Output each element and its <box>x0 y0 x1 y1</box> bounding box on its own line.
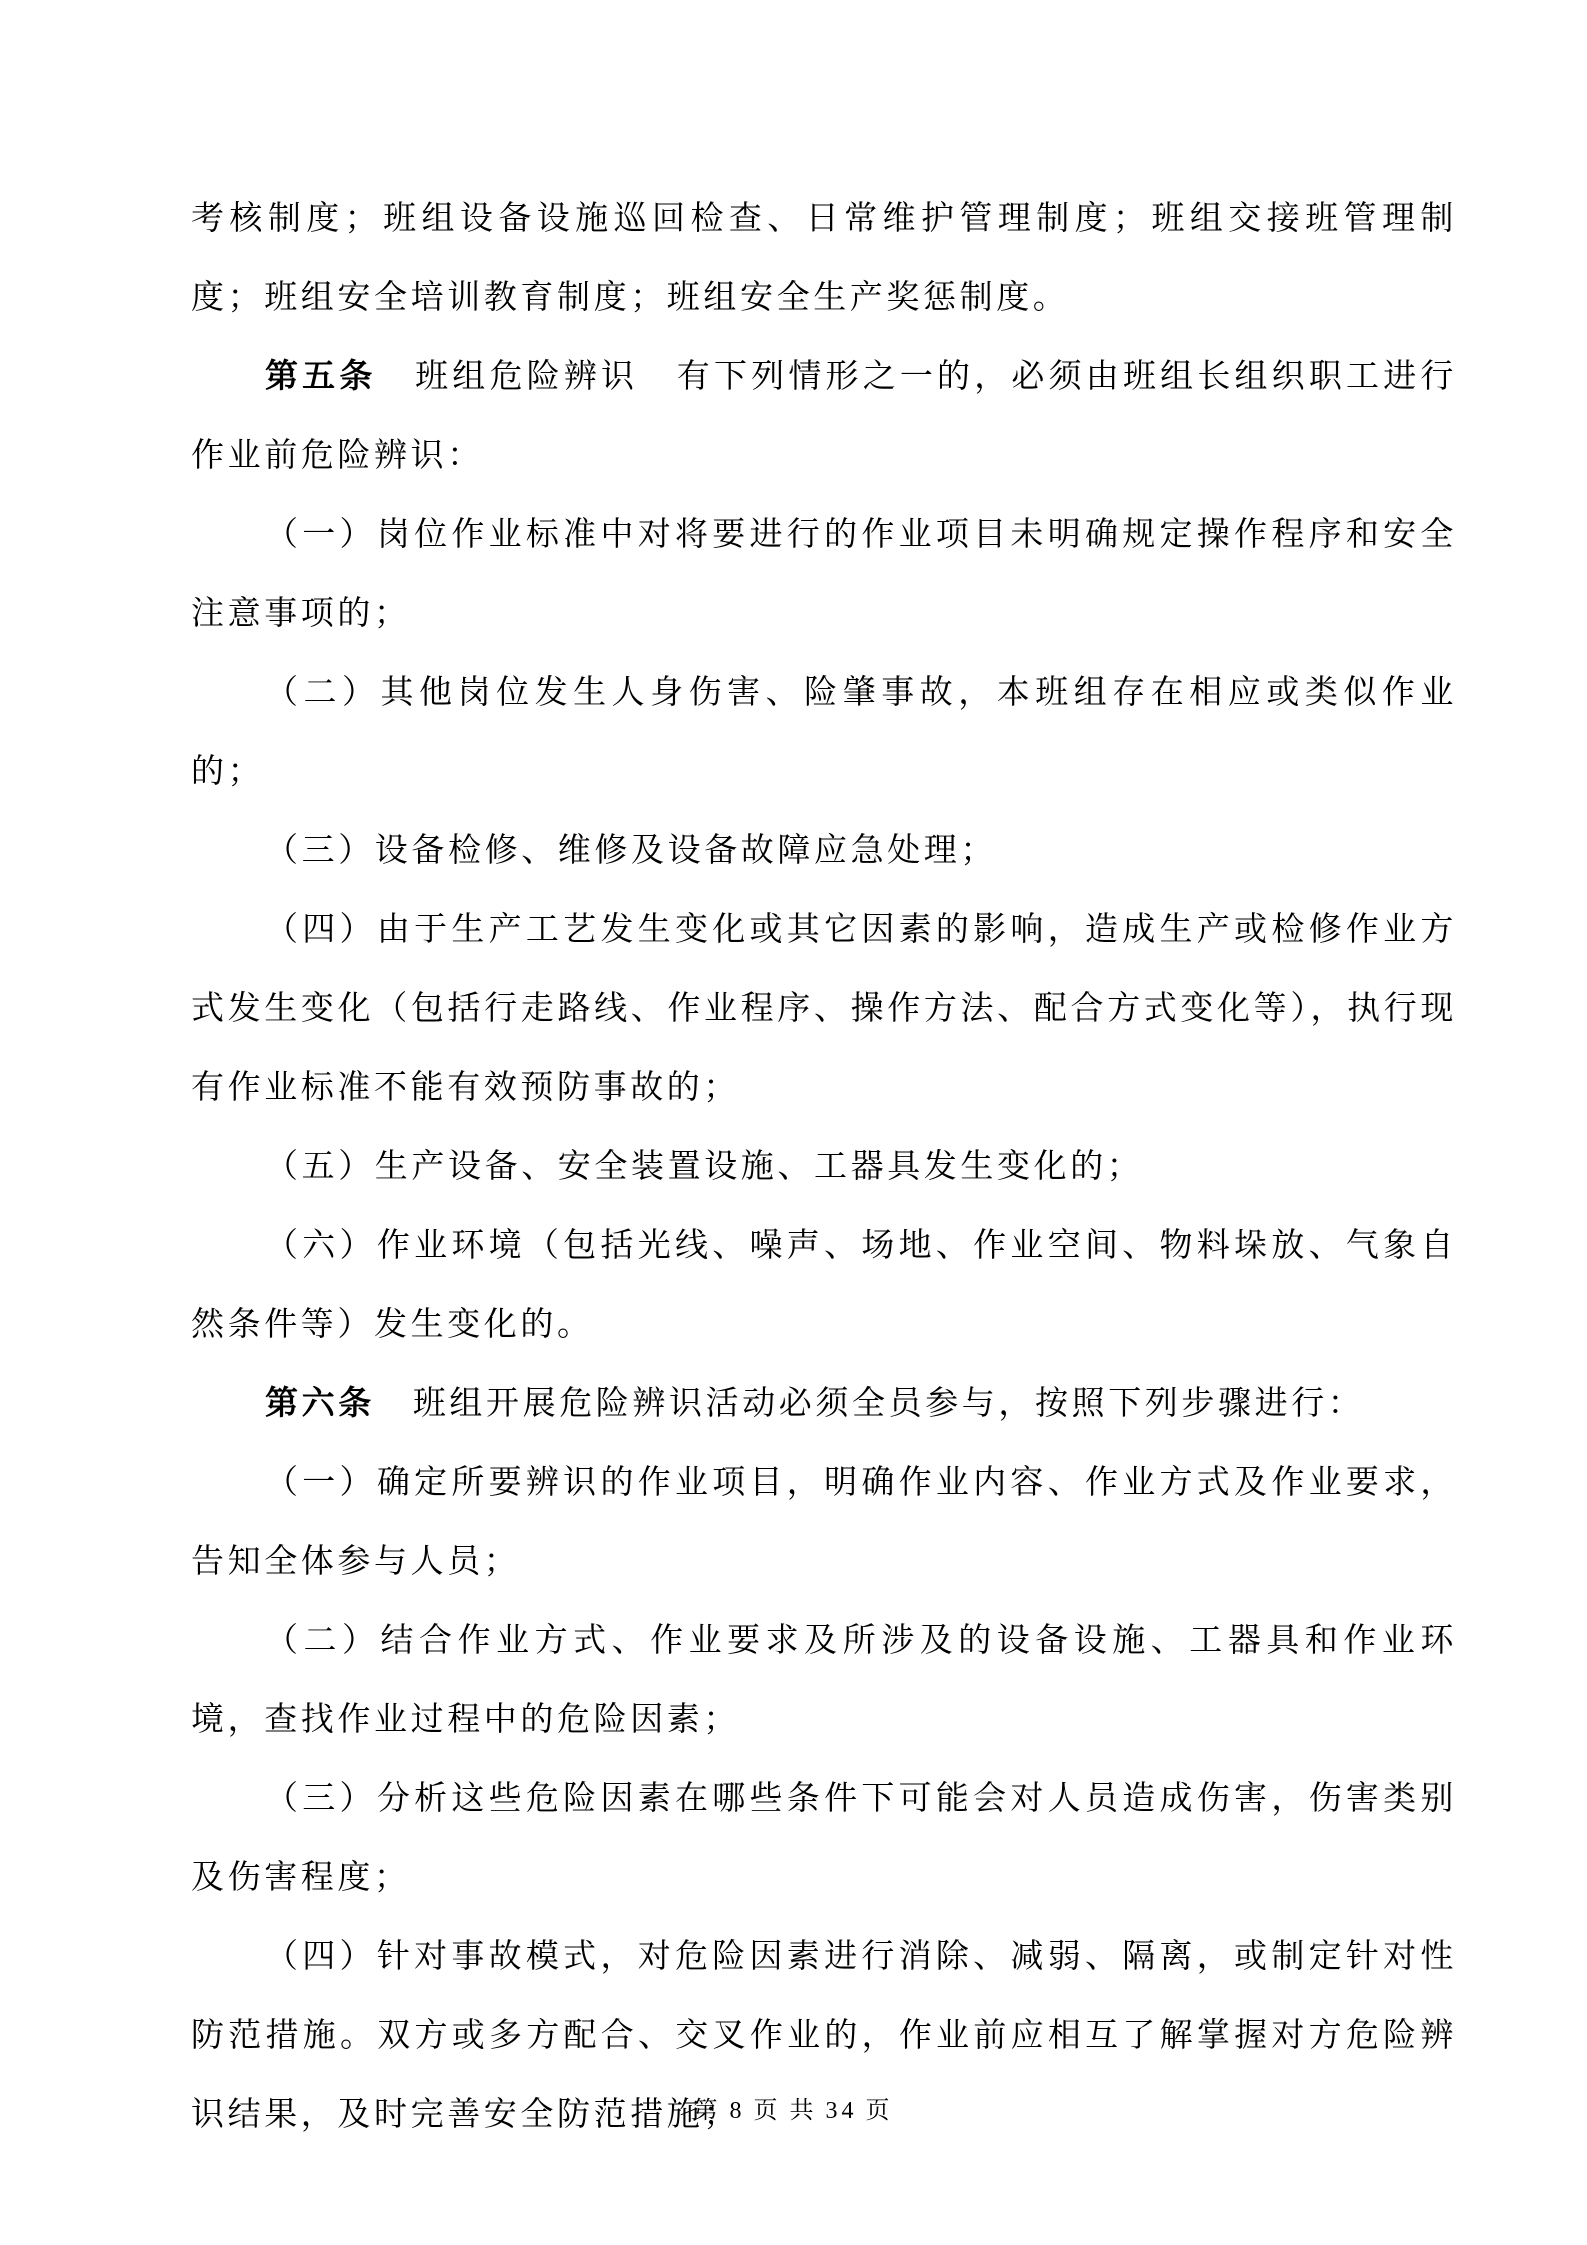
list-item: （五）生产设备、安全装置设施、工器具发生变化的； <box>191 1126 1457 1205</box>
current-page-number: 8 <box>730 2098 746 2124</box>
article-5: 第五条班组危险辨识有下列情形之一的，必须由班组长组织职工进行作业前危险辨识： <box>191 336 1457 494</box>
footer-prefix: 第 <box>694 2098 722 2124</box>
list-item: （六）作业环境（包括光线、噪声、场地、作业空间、物料垛放、气象自然条件等）发生变… <box>191 1205 1457 1363</box>
article-number: 第五条 <box>265 356 377 395</box>
list-item: （一）确定所要辨识的作业项目，明确作业内容、作业方式及作业要求，告知全体参与人员… <box>191 1442 1457 1600</box>
list-item: （二）结合作业方式、作业要求及所涉及的设备设施、工器具和作业环境，查找作业过程中… <box>191 1600 1457 1758</box>
list-item: （三）设备检修、维修及设备故障应急处理； <box>191 810 1457 889</box>
list-item: （一）岗位作业标准中对将要进行的作业项目未明确规定操作程序和安全注意事项的； <box>191 494 1457 652</box>
article-text: 班组开展危险辨识活动必须全员参与，按照下列步骤进行： <box>413 1383 1365 1422</box>
list-item: （三）分析这些危险因素在哪些条件下可能会对人员造成伤害，伤害类别及伤害程度； <box>191 1758 1457 1916</box>
footer-page-word: 页 <box>754 2098 782 2124</box>
document-page: 考核制度；班组设备设施巡回检查、日常维护管理制度；班组交接班管理制度；班组安全培… <box>191 178 1457 2153</box>
list-item: （二）其他岗位发生人身伤害、险肇事故，本班组存在相应或类似作业的； <box>191 652 1457 810</box>
paragraph-continuation: 考核制度；班组设备设施巡回检查、日常维护管理制度；班组交接班管理制度；班组安全培… <box>191 178 1457 336</box>
total-pages: 34 <box>826 2098 858 2124</box>
page-footer: 第8页共34页 <box>0 2090 1587 2125</box>
footer-suffix: 页 <box>866 2098 894 2124</box>
article-text: 有下列情形之一的，必须由班组长组织职工进行作业前危险辨识： <box>191 356 1457 474</box>
footer-total-prefix: 共 <box>790 2098 818 2124</box>
list-item: （四）由于生产工艺发生变化或其它因素的影响，造成生产或检修作业方式发生变化（包括… <box>191 889 1457 1126</box>
article-title: 班组危险辨识 <box>415 356 639 395</box>
article-6: 第六条班组开展危险辨识活动必须全员参与，按照下列步骤进行： <box>191 1363 1457 1442</box>
article-number: 第六条 <box>265 1383 375 1422</box>
